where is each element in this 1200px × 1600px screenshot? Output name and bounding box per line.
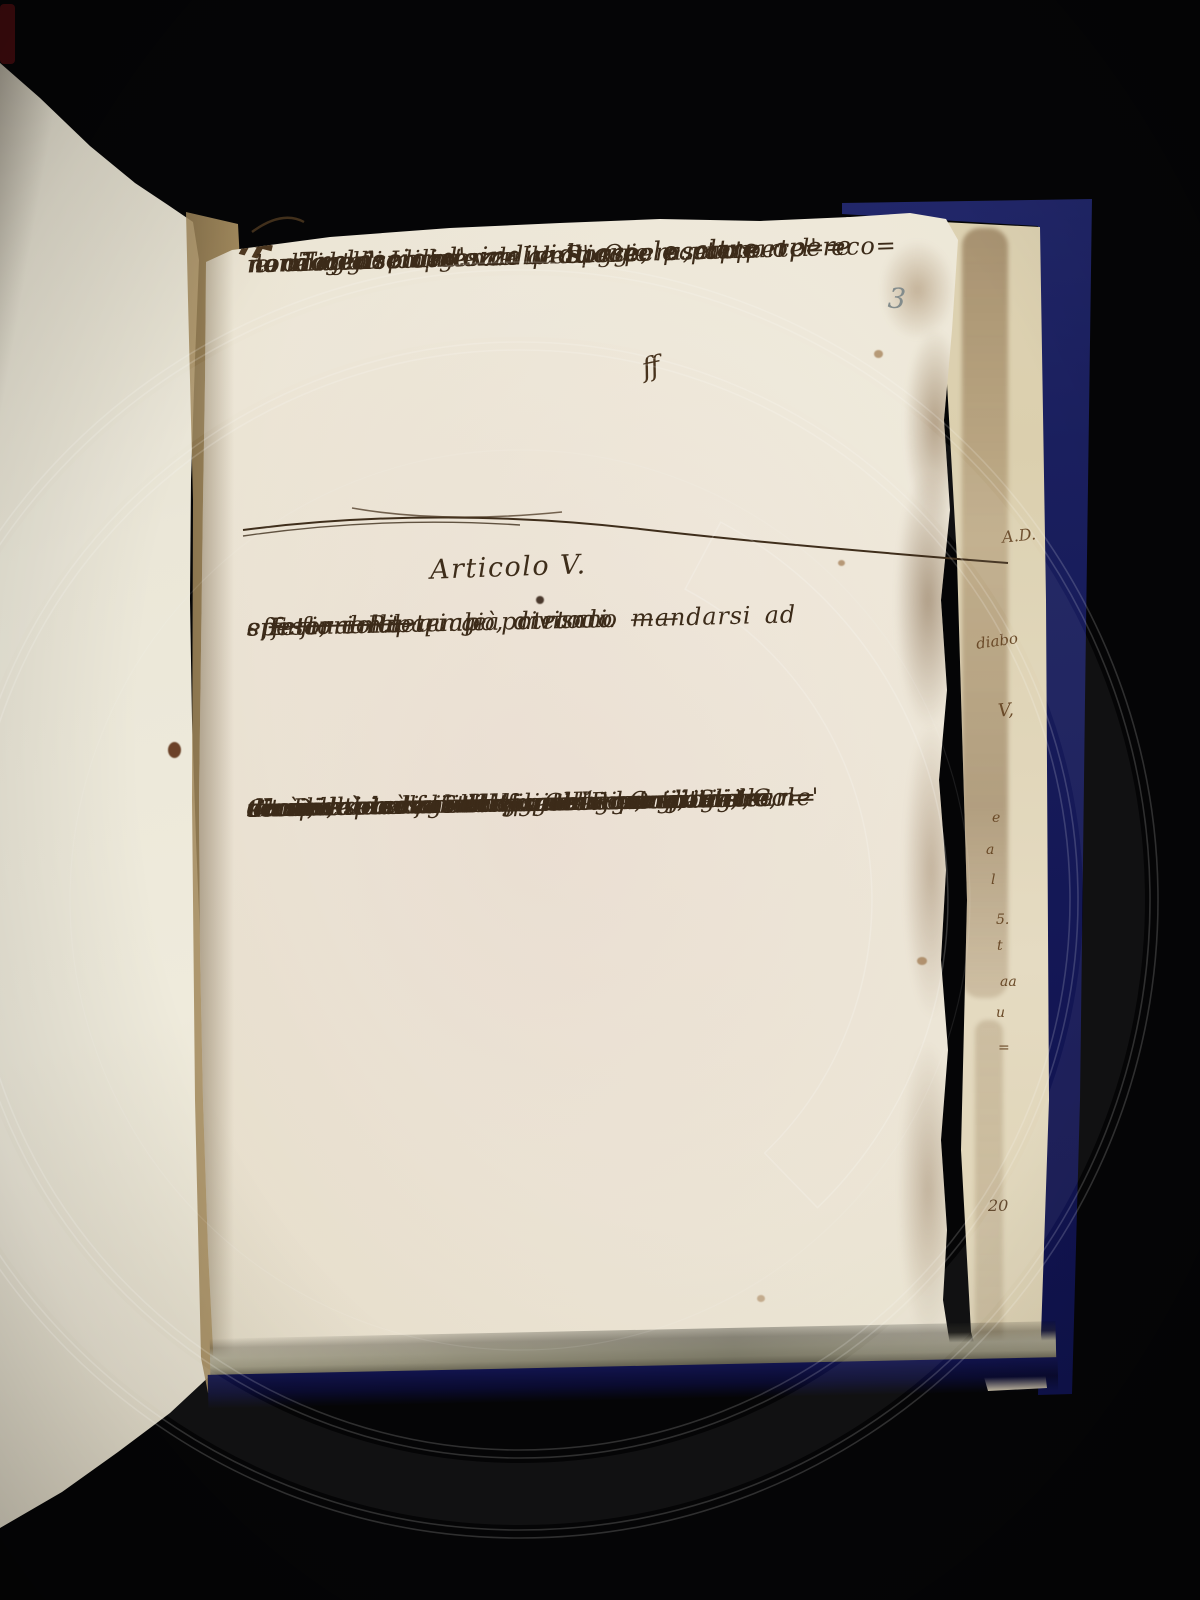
fox-spot (953, 1125, 960, 1131)
edge-stain (975, 1020, 1003, 1360)
edge-stain (962, 228, 1008, 998)
ink-blot (168, 742, 181, 758)
handwritten-line: effetto i Ripari già divisati. —— (246, 591, 680, 654)
underpage-text-fragment: A.D. (1001, 524, 1037, 546)
underpage-text-fragment: e (992, 810, 1000, 826)
pencil-page-number: 3 (887, 281, 907, 315)
underpage-text-fragment: l (991, 872, 995, 888)
handwritten-line: tore dell' Impresa : (254, 235, 518, 286)
paragraph-2: E finalm.te Intorno al tempo, metodo spe… (246, 586, 886, 602)
ff-mark: ff (639, 351, 661, 385)
fox-spot (838, 560, 845, 566)
article-heading: Articolo V. (430, 549, 588, 585)
underpage-text-fragment: a (986, 842, 994, 858)
paragraph-1: Tralascio d' individuare le altre operee… (246, 225, 886, 244)
underpage-text-fragment: 20 (988, 1196, 1008, 1215)
underpage-text-fragment: aa (1000, 974, 1017, 990)
paper-stain (898, 1040, 958, 1340)
paper-stain (895, 470, 961, 730)
fox-spot (874, 350, 883, 358)
handwritten-line: converrà scegliere quelle stagioni, (246, 776, 739, 830)
underpage-text-fragment: = (998, 1040, 1010, 1056)
underpage-text-fragment: u (996, 1005, 1005, 1021)
underpage-text-fragment: 5. (996, 912, 1009, 928)
red-edge-mark (0, 4, 15, 64)
fox-spot (917, 957, 927, 965)
underpage-text-fragment: V, (997, 699, 1014, 721)
underpage-text-fragment: t (997, 938, 1003, 954)
manuscript-photo: A.D. diabo V, e a l 5. t aa u = 20 ricav… (0, 0, 1200, 1600)
fox-spot (757, 1295, 765, 1302)
paper-stain (903, 720, 959, 1020)
paragraph-3: Dividendo i divisati Ripari in treClassi… (246, 773, 896, 787)
